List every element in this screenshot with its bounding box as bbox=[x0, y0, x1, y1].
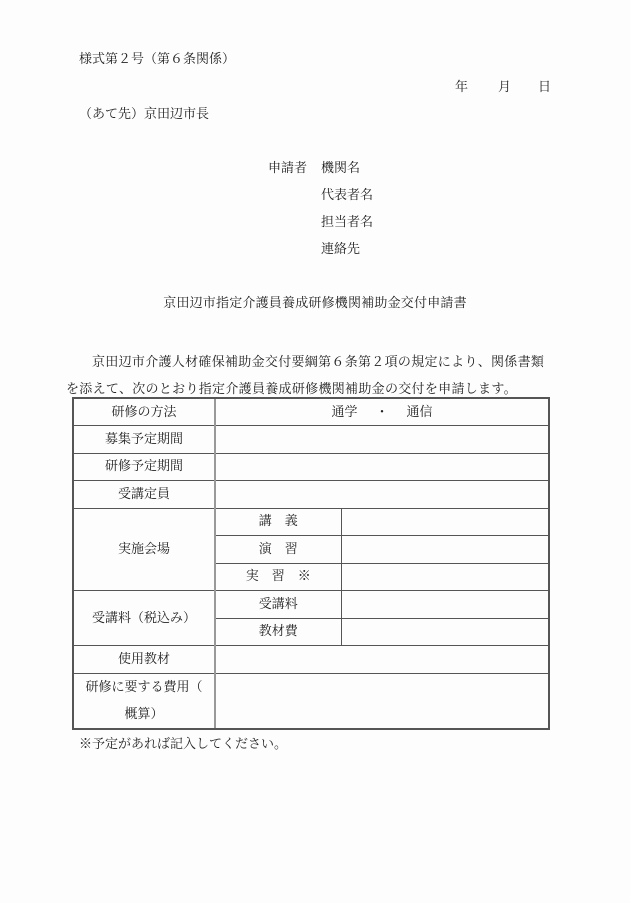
fee-tuition-label: 受講料 bbox=[215, 591, 341, 619]
venue-practicum-field[interactable] bbox=[341, 563, 549, 591]
venue-exercise-label: 演 習 bbox=[215, 536, 341, 564]
cost-field[interactable] bbox=[215, 673, 549, 729]
form-number: 様式第２号（第６条関係） bbox=[79, 53, 235, 66]
cost-label: 研修に要する費用（ 概算） bbox=[73, 673, 215, 729]
table-row-recruitment-period: 募集予定期間 bbox=[73, 426, 549, 454]
table-row-fee-tuition: 受講料（税込み） 受講料 bbox=[73, 591, 549, 619]
recruitment-period-label: 募集予定期間 bbox=[73, 426, 215, 454]
fee-label: 受講料（税込み） bbox=[73, 591, 215, 646]
fee-materials-label: 教材費 bbox=[215, 618, 341, 646]
training-method-label: 研修の方法 bbox=[73, 398, 215, 426]
date-line: 年 月 日 bbox=[455, 81, 550, 97]
cost-label-line-1: 研修に要する費用（ bbox=[85, 680, 202, 695]
venue-exercise-field[interactable] bbox=[341, 536, 549, 564]
table-row-cost: 研修に要する費用（ 概算） bbox=[73, 673, 549, 729]
table-row-capacity: 受講定員 bbox=[73, 481, 549, 509]
training-method-separator: ・ bbox=[376, 406, 389, 419]
training-period-field[interactable] bbox=[215, 453, 549, 481]
fee-materials-field[interactable] bbox=[341, 618, 549, 646]
body-paragraph: 京田辺市介護人材確保補助金交付要綱第６条第２項の規定により、関係書類 を添えて、… bbox=[79, 349, 551, 403]
training-period-label: 研修予定期間 bbox=[73, 453, 215, 481]
training-method-cell[interactable]: 通学・通信 bbox=[215, 398, 549, 426]
application-table: 研修の方法 通学・通信 募集予定期間 研修予定期間 受講定員 実施会場 講 義 … bbox=[72, 397, 550, 730]
venue-lecture-label: 講 義 bbox=[215, 508, 341, 536]
applicant-contact-person-label: 担当者名 bbox=[321, 216, 373, 229]
applicant-representative-label: 代表者名 bbox=[321, 189, 373, 202]
materials-field[interactable] bbox=[215, 646, 549, 674]
table-row-training-period: 研修予定期間 bbox=[73, 453, 549, 481]
capacity-label: 受講定員 bbox=[73, 481, 215, 509]
venue-label: 実施会場 bbox=[73, 508, 215, 591]
fee-tuition-field[interactable] bbox=[341, 591, 549, 619]
applicant-label: 申請者 bbox=[268, 162, 307, 175]
table-row-materials: 使用教材 bbox=[73, 646, 549, 674]
training-method-option-correspondence[interactable]: 通信 bbox=[407, 405, 433, 420]
applicant-org-name-label: 機関名 bbox=[321, 162, 360, 175]
date-year-label: 年 bbox=[455, 81, 468, 94]
cost-label-line-2: 概算） bbox=[124, 707, 163, 722]
recruitment-period-field[interactable] bbox=[215, 426, 549, 454]
capacity-field[interactable] bbox=[215, 481, 549, 509]
venue-practicum-label: 実 習 ※ bbox=[215, 563, 341, 591]
body-line-1: 京田辺市介護人材確保補助金交付要綱第６条第２項の規定により、関係書類 bbox=[79, 349, 551, 376]
addressee: （あて先）京田辺市長 bbox=[79, 108, 209, 121]
date-month-label: 月 bbox=[498, 81, 511, 94]
table-row-venue-lecture: 実施会場 講 義 bbox=[73, 508, 549, 536]
date-day-label: 日 bbox=[538, 81, 551, 94]
applicant-contact-label: 連絡先 bbox=[321, 243, 360, 256]
materials-label: 使用教材 bbox=[73, 646, 215, 674]
training-method-option-commute[interactable]: 通学 bbox=[331, 405, 357, 420]
venue-lecture-field[interactable] bbox=[341, 508, 549, 536]
table-row-training-method: 研修の方法 通学・通信 bbox=[73, 398, 549, 426]
document-title: 京田辺市指定介護員養成研修機関補助金交付申請書 bbox=[0, 297, 630, 310]
footnote: ※予定があれば記入してください。 bbox=[79, 738, 287, 751]
